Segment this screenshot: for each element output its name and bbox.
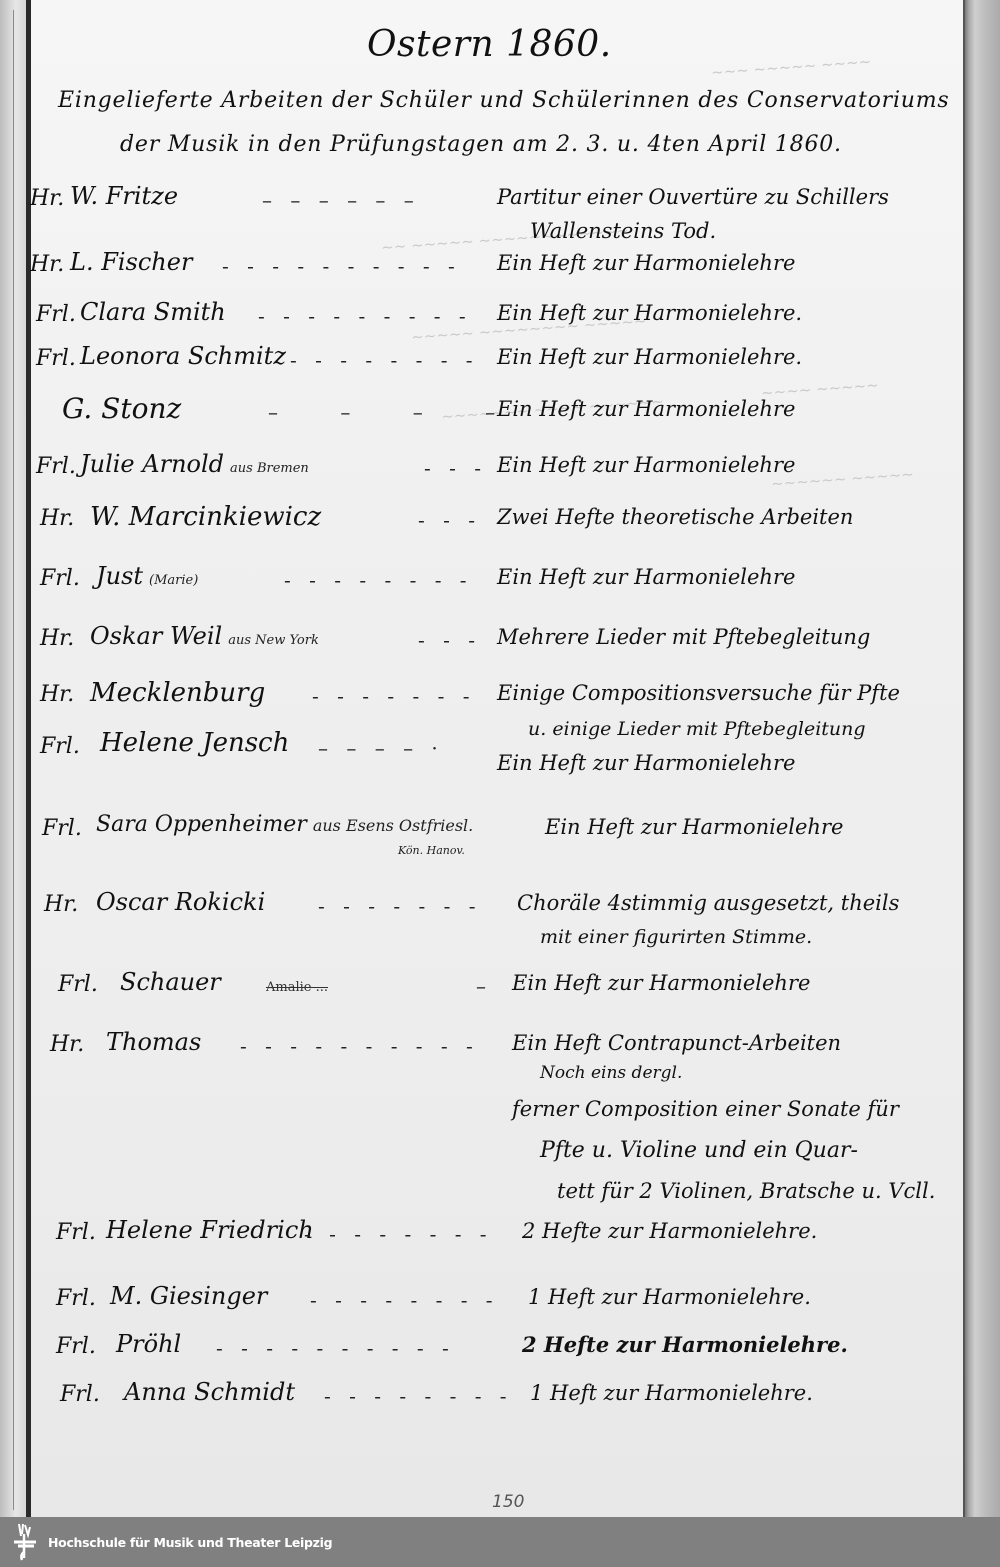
entry-work-line: ferner Composition einer Sonate für [512, 1092, 899, 1126]
entry-leader-dashes: - - - - - - - - - - [240, 1034, 479, 1058]
entry-work-line: Ein Heft zur Harmonielehre [497, 448, 795, 482]
entry-origin-note: aus New York [228, 633, 319, 648]
entry-name: Helene Friedrich [106, 1216, 314, 1244]
entry-name-text: Julie Arnold [80, 450, 224, 478]
entry-work-line: Ein Heft zur Harmonielehre [497, 246, 795, 280]
entry-origin-subnote: Kön. Hanov. [398, 844, 465, 857]
entry-name: Thomas [106, 1028, 201, 1056]
entry-salutation: Frl. [36, 454, 76, 479]
entry-salutation: Hr. [40, 682, 74, 707]
page-title: Ostern 1860. [367, 24, 612, 65]
entry-name-text: Just [96, 562, 143, 590]
entry-name: M. Giesinger [110, 1282, 267, 1310]
entry-name: Oskar Weilaus New York [90, 622, 319, 650]
entry-salutation: Frl. [42, 816, 82, 841]
entry-salutation: Hr. [40, 506, 74, 531]
institution-name: Hochschule für Musik und Theater Leipzig [48, 1535, 332, 1550]
entry-work-line: 1 Heft zur Harmonielehre. [530, 1376, 813, 1410]
entry-work-line: Wallensteins Tod. [530, 214, 716, 248]
institution-footer-bar: Hochschule für Musik und Theater Leipzig [0, 1517, 1000, 1567]
entry-leader-dashes: - - - - - - - - [304, 1222, 493, 1246]
entry-leader-dashes: - - - - - - - - - - [222, 254, 461, 278]
entry-work-line: 1 Heft zur Harmonielehre. [528, 1280, 811, 1314]
entry-name: Oscar Rokicki [96, 888, 265, 916]
bleed-through-text: ~~~ ~~~~~ ~~~~ [711, 52, 872, 81]
entry-work-line: Zwei Hefte theoretische Arbeiten [497, 500, 853, 534]
entry-work-line: Ein Heft Contrapunct-Arbeiten [512, 1026, 841, 1060]
entry-leader-dashes: - - - [418, 508, 481, 532]
manuscript-scan: ~~~ ~~~~~ ~~~~ ~~ ~~~~~ ~~~~~~~~~~~~ ~~~… [0, 0, 1000, 1517]
entry-salutation: Frl. [56, 1334, 96, 1359]
entry-name: Anna Schmidt [124, 1378, 295, 1406]
hmt-leipzig-logo-icon [10, 1522, 40, 1562]
entry-leader-dashes: - - - - - - - - - [258, 304, 472, 328]
entry-work-line: Choräle 4stimmig ausgesetzt, theils [517, 886, 899, 920]
entry-salutation: Frl. [56, 1286, 96, 1311]
entry-leader-dashes: - - - - - - - - [310, 1288, 499, 1312]
entry-leader-dashes: - - - - - - - [318, 894, 481, 918]
entry-work-line: Einige Compositionsversuche für Pfte [497, 676, 900, 710]
entry-name: Sara Oppenheimeraus Esens Ostfriesl. [96, 812, 473, 837]
entry-salutation: Frl. [36, 346, 76, 371]
entry-work-line: 2 Hefte zur Harmonielehre. [522, 1214, 817, 1248]
page-subtitle-line-2: der Musik in den Prüfungstagen am 2. 3. … [120, 132, 842, 157]
entry-work-line: Ein Heft zur Harmonielehre [497, 392, 795, 426]
entry-leader-dashes: – – – – – – [262, 188, 420, 212]
entry-work-line: Ein Heft zur Harmonielehre [545, 810, 843, 844]
entry-work-line: Ein Heft zur Harmonielehre [512, 966, 810, 1000]
entry-name: Just(Marie) [96, 562, 198, 590]
entry-work-line: Noch eins dergl. [540, 1056, 682, 1090]
entry-name-text: Sara Oppenheimer [96, 812, 307, 837]
struck-out-text: Amalie ... [266, 980, 328, 995]
entry-leader-dashes: – – – – · [318, 736, 444, 760]
entry-leader-dashes: - - - - - - - [312, 684, 475, 708]
entry-name: W. Marcinkiewicz [90, 502, 321, 532]
entry-work-line: Partitur einer Ouvertüre zu Schillers [497, 180, 889, 214]
entry-work-line: Ein Heft zur Harmonielehre. [497, 296, 802, 330]
entry-salutation: Hr. [44, 892, 78, 917]
entry-name: G. Stonz [62, 392, 181, 425]
page-subtitle-line-1: Eingelieferte Arbeiten der Schüler und S… [58, 88, 950, 113]
entry-salutation: Hr. [50, 1032, 84, 1057]
entry-leader-dashes: - - - - - - - - [290, 348, 479, 372]
entry-name-text: Oskar Weil [90, 622, 222, 650]
entry-salutation: Frl. [56, 1220, 96, 1245]
page-stack-edge [5, 10, 14, 1510]
book-gutter [963, 0, 1000, 1517]
entry-leader-dashes: - - - - - - - - [324, 1384, 513, 1408]
entry-name: L. Fischer [70, 248, 192, 276]
entry-work-line: Pfte u. Violine und ein Quar- [540, 1134, 858, 1168]
entry-work-line: Mehrere Lieder mit Pftebegleitung [497, 620, 870, 654]
entry-work-line: Ein Heft zur Harmonielehre [497, 746, 795, 780]
entry-work-line: mit einer figurirten Stimme. [540, 920, 812, 954]
entry-name: Julie Arnoldaus Bremen [80, 450, 309, 478]
entry-salutation: Frl. [58, 972, 98, 997]
entry-origin-note: aus Bremen [230, 461, 309, 476]
entry-name: Clara Smith [80, 298, 226, 326]
entry-name: Helene Jensch [100, 728, 289, 758]
book-left-edge [0, 0, 31, 1517]
entry-leader-dashes: - - - [424, 456, 487, 480]
entry-name: Schauer [120, 968, 221, 996]
entry-name: Leonora Schmitz [80, 342, 286, 370]
entry-work-line: Ein Heft zur Harmonielehre [497, 560, 795, 594]
entry-salutation: Hr. [40, 626, 74, 651]
entry-origin-note: (Marie) [149, 573, 198, 588]
entry-work-line: u. einige Lieder mit Pftebegleitung [528, 712, 866, 746]
entry-salutation: Frl. [60, 1382, 100, 1407]
entry-leader-dashes: – – – – [268, 400, 523, 424]
entry-work-line: Ein Heft zur Harmonielehre. [497, 340, 802, 374]
entry-leader-dashes: - - - - - - - - - - [216, 1336, 455, 1360]
entry-name: W. Fritze [70, 182, 178, 210]
entry-salutation: Frl. [40, 566, 80, 591]
entry-salutation: Frl. [36, 302, 76, 327]
entry-leader-dashes: - - - [418, 628, 481, 652]
entry-origin-note: aus Esens Ostfriesl. [313, 816, 473, 835]
entry-work-line: tett für 2 Violinen, Bratsche u. Vcll. [557, 1174, 935, 1208]
folio-number: 150 [492, 1492, 524, 1512]
entry-name: Mecklenburg [90, 678, 265, 708]
entry-salutation: Frl. [40, 734, 80, 759]
entry-name: Pröhl [116, 1330, 181, 1358]
entry-leader-dashes: – [476, 974, 492, 998]
entry-salutation: Hr. [30, 186, 64, 211]
entry-leader-dashes: - - - - - - - - [284, 568, 473, 592]
entry-salutation: Hr. [30, 252, 64, 277]
entry-work-line: 2 Hefte zur Harmonielehre. [522, 1328, 848, 1362]
